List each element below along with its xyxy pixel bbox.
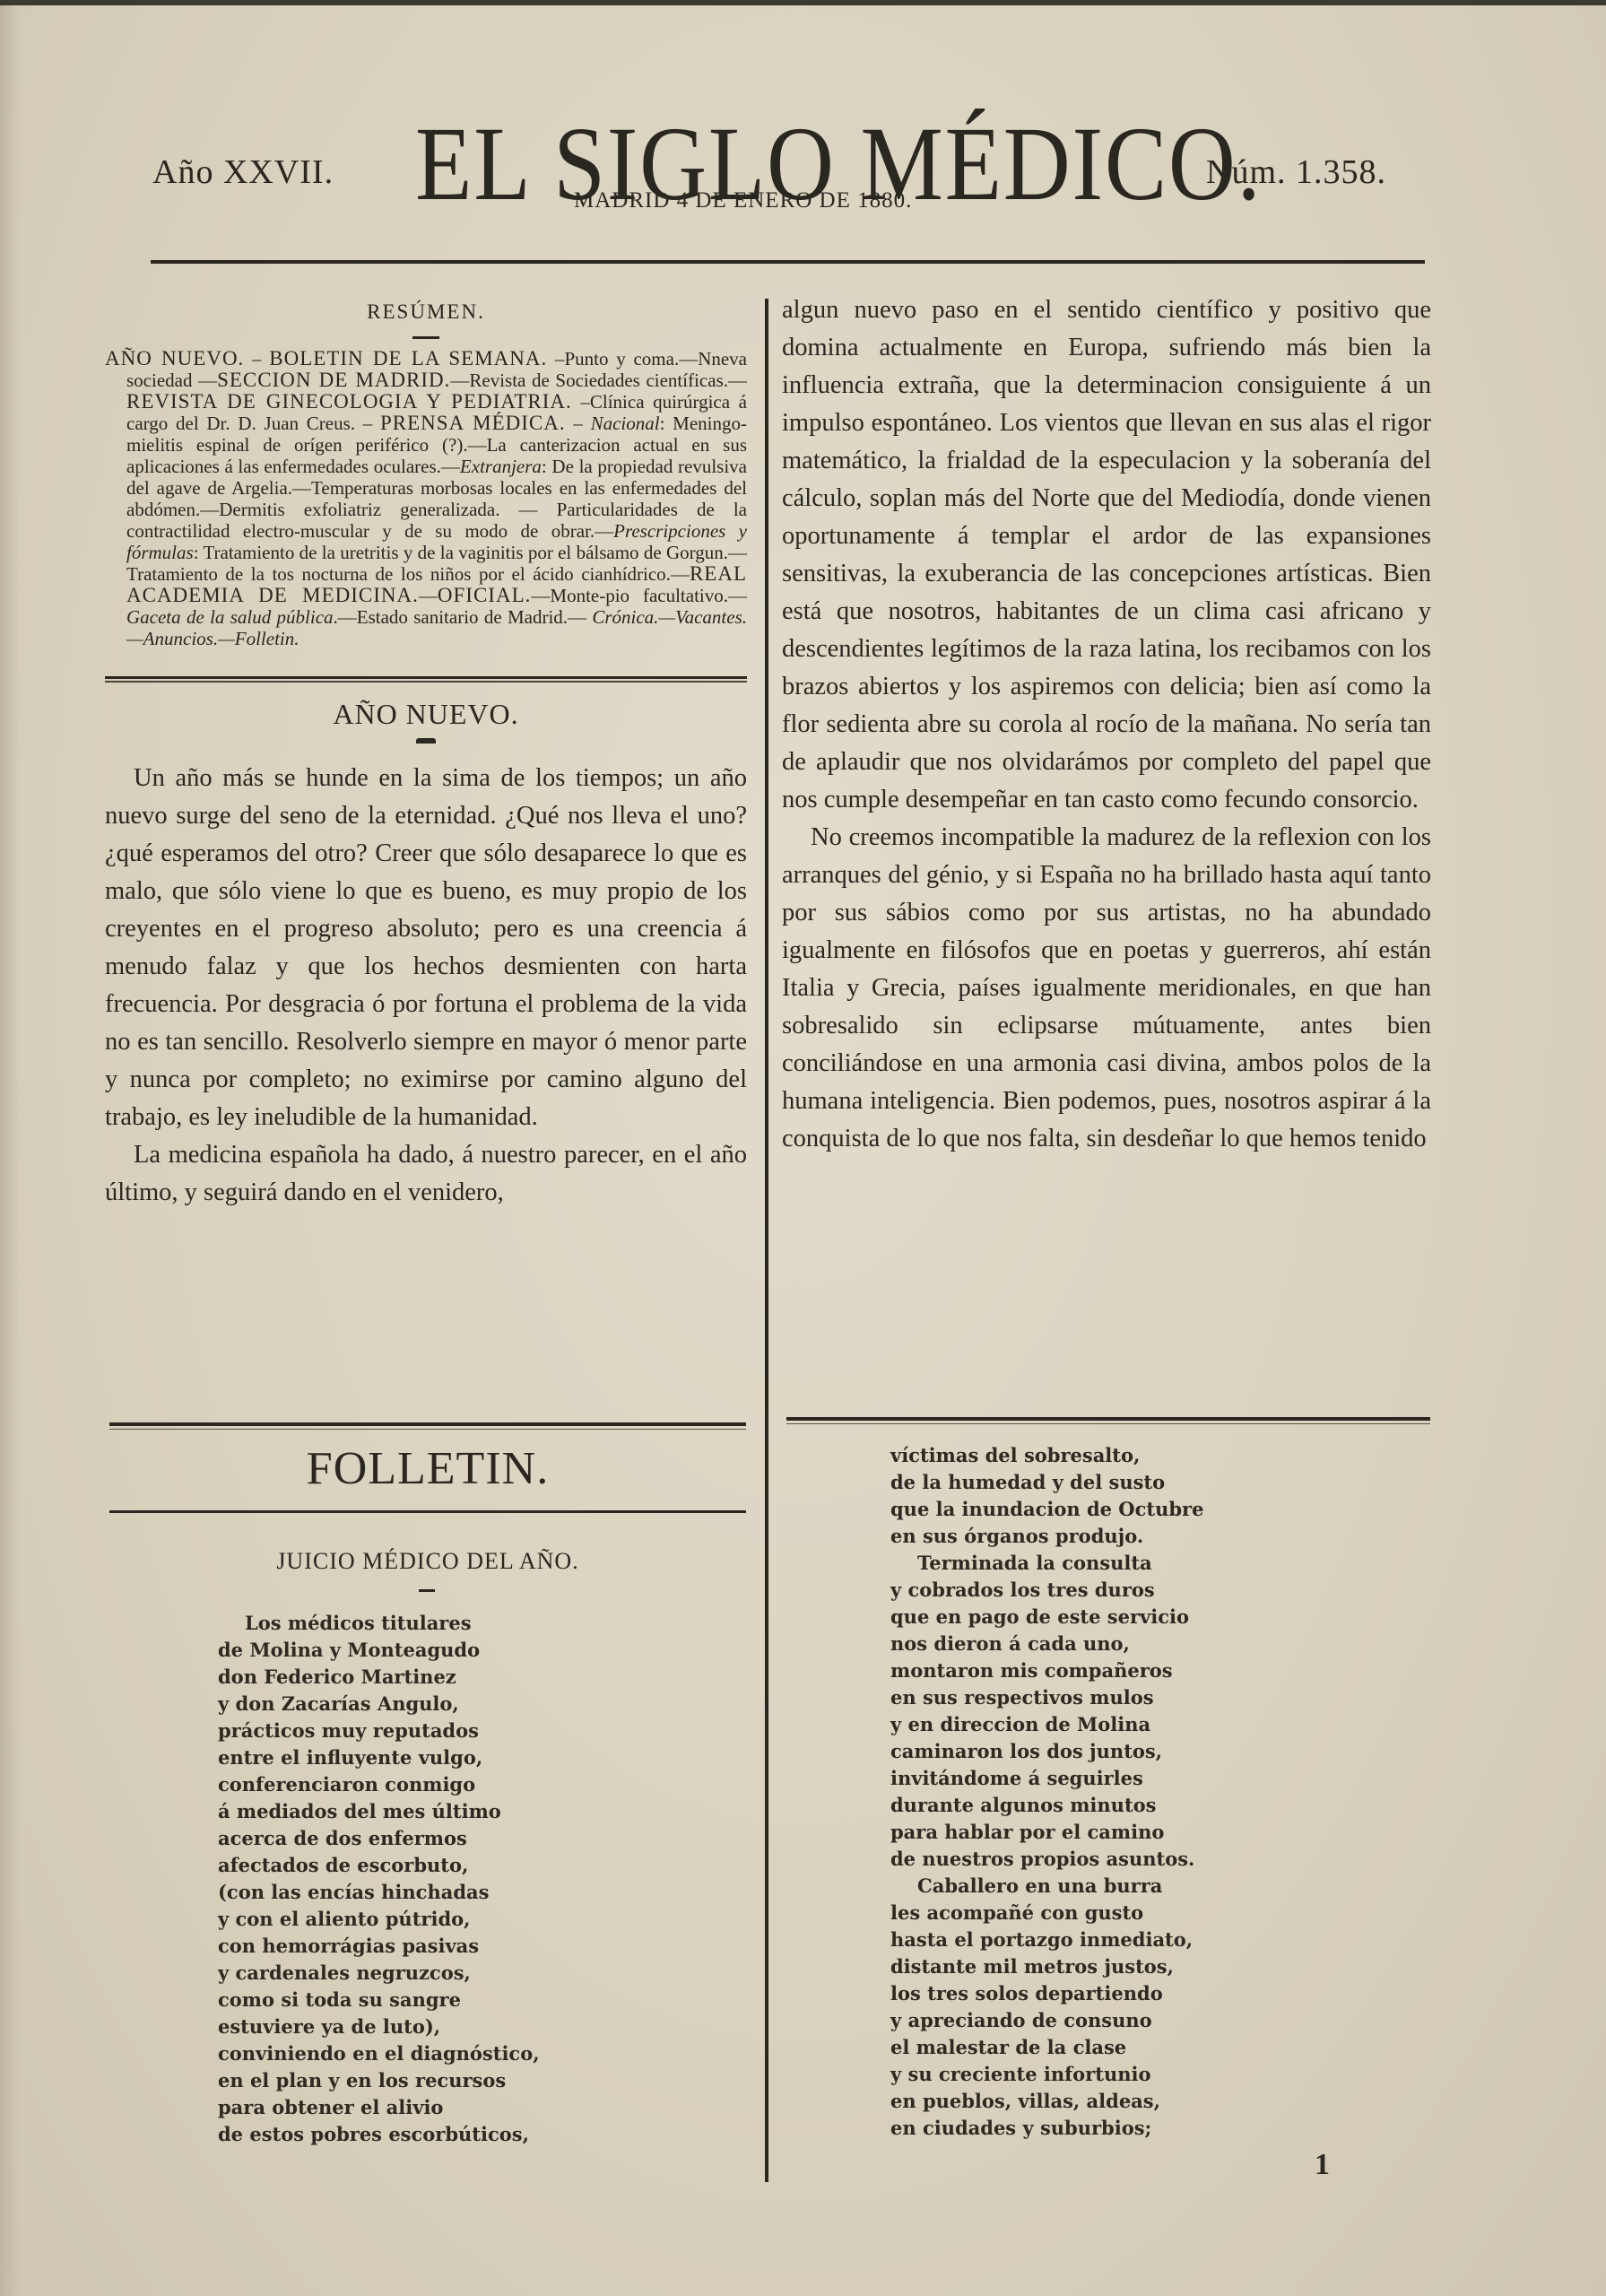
verse-line: en el plan y en los recursos	[218, 2067, 540, 2094]
verse-line: distante mil metros justos,	[890, 1953, 1203, 1980]
verse-line: don Federico Martinez	[218, 1664, 540, 1691]
verse-line: de la humedad y del susto	[890, 1469, 1203, 1496]
resumen-segment: .—Estado sanitario de Madrid.—	[334, 606, 593, 628]
resumen-segment: –	[566, 413, 591, 434]
article-paragraph: No creemos incompatible la madurez de la…	[782, 819, 1431, 1158]
verse-line: y cardenales negruzcos,	[218, 1960, 540, 1987]
folletin-rule-below	[109, 1510, 746, 1513]
verse-line: y su creciente infortunio	[890, 2061, 1203, 2088]
verse-line: entre el influyente vulgo,	[218, 1744, 540, 1771]
section-double-rule	[105, 676, 747, 683]
verse-line: Terminada la consulta	[890, 1550, 1203, 1577]
verse-line: invitándome á seguirles	[890, 1765, 1203, 1792]
verse-line: los tres solos departiendo	[890, 1980, 1203, 2007]
resumen-segment: PRENSA MÉDICA.	[380, 412, 566, 434]
article-paragraph: algun nuevo paso en el sentido científic…	[782, 291, 1431, 819]
verse-line: nos dieron á cada uno,	[890, 1631, 1203, 1657]
verse-line: víctimas del sobresalto,	[890, 1442, 1203, 1469]
verse-line: en sus respectivos mulos	[890, 1684, 1203, 1711]
resumen-segment: —Monte-pio facultativo.—	[531, 585, 747, 606]
resumen-segment: BOLETIN DE LA SEMANA.	[269, 347, 547, 370]
verse-line: para obtener el alivio	[218, 2094, 540, 2121]
resumen-segment: Gaceta de la salud pública	[126, 606, 334, 628]
folletin-heading: FOLLETIN.	[109, 1442, 746, 1495]
verse-line: y cobrados los tres duros	[890, 1577, 1203, 1604]
dateline: MADRID 4 DE ENERO DE 1880.	[574, 188, 912, 213]
newspaper-page: Año XXVII. EL SIGLO MÉDICO. Núm. 1.358. …	[0, 0, 1606, 2296]
verse-line: de estos pobres escorbúticos,	[218, 2121, 540, 2148]
verse-line: (con las encías hinchadas	[218, 1879, 540, 1906]
article-paragraph: La medicina española ha dado, á nuestro …	[105, 1136, 747, 1212]
ornament-icon	[416, 738, 436, 744]
masthead-year: Año XXVII.	[152, 152, 334, 192]
verse-line: que la inundacion de Octubre	[890, 1496, 1203, 1523]
resumen-heading: RESÚMEN.	[105, 300, 747, 324]
verse-line: de nuestros propios asuntos.	[890, 1846, 1203, 1873]
resumen-segment: SECCION DE MADRID.	[217, 369, 450, 391]
subtitle-dash	[419, 1589, 435, 1592]
folletin-rule	[109, 1422, 746, 1426]
verse-line: afectados de escorbuto,	[218, 1852, 540, 1879]
resumen-segment: Nacional	[591, 413, 660, 434]
resumen-summary: AÑO NUEVO. – BOLETIN DE LA SEMANA. –Punt…	[105, 348, 747, 649]
verse-line: en ciudades y suburbios;	[890, 2115, 1203, 2142]
masthead-rule	[151, 260, 1425, 264]
resumen-segment: REVISTA DE GINECOLOGIA Y PEDIATRIA.	[126, 390, 572, 413]
right-column: algun nuevo paso en el sentido científic…	[782, 291, 1431, 1158]
scan-top-edge	[0, 0, 1606, 5]
verse-line: en sus órganos produjo.	[890, 1523, 1203, 1550]
verse-line: á mediados del mes último	[218, 1798, 540, 1825]
heading-dash	[412, 336, 439, 339]
right-column-rule	[786, 1417, 1430, 1421]
verse-line: de Molina y Monteagudo	[218, 1637, 540, 1664]
verse-line: caminaron los dos juntos,	[890, 1738, 1203, 1765]
resumen-segment: Extranjera	[460, 456, 542, 477]
page-number: 1	[1315, 2148, 1330, 2182]
verse-line: prácticos muy reputados	[218, 1718, 540, 1744]
article-body-left: Un año más se hunde en la sima de los ti…	[105, 760, 747, 1212]
article-title: AÑO NUEVO.	[105, 698, 747, 731]
verse-line: que en pago de este servicio	[890, 1604, 1203, 1631]
folletin-rule-thin	[109, 1429, 746, 1430]
verse-line: acerca de dos enfermos	[218, 1825, 540, 1852]
column-divider	[765, 299, 768, 2182]
verse-line: estuviere ya de luto),	[218, 2013, 540, 2040]
article-paragraph: Un año más se hunde en la sima de los ti…	[105, 760, 747, 1136]
scan-left-shadow	[0, 5, 20, 2296]
resumen-segment: OFICIAL.	[438, 584, 531, 606]
folletin-verse-right: víctimas del sobresalto,de la humedad y …	[890, 1442, 1203, 2142]
verse-line: y apreciando de consuno	[890, 2007, 1203, 2034]
verse-line: Caballero en una burra	[890, 1873, 1203, 1900]
article-body-right: algun nuevo paso en el sentido científic…	[782, 291, 1431, 1158]
verse-line: Los médicos titulares	[218, 1610, 540, 1637]
verse-line: conviniendo en el diagnóstico,	[218, 2040, 540, 2067]
verse-line: hasta el portazgo inmediato,	[890, 1926, 1203, 1953]
folletin-verse-left: Los médicos titularesde Molina y Monteag…	[218, 1610, 540, 2148]
resumen-segment: —	[419, 585, 438, 606]
verse-line: y don Zacarías Angulo,	[218, 1691, 540, 1718]
resumen-segment: : Tratamiento de la uretritis y de la va…	[126, 542, 747, 585]
masthead-issue-number: Núm. 1.358.	[1206, 152, 1386, 192]
verse-line: conferenciaron conmigo	[218, 1771, 540, 1798]
verse-line: con hemorrágias pasivas	[218, 1933, 540, 1960]
verse-line: y en direccion de Molina	[890, 1711, 1203, 1738]
verse-line: en pueblos, villas, aldeas,	[890, 2088, 1203, 2115]
right-column-rule-thin	[786, 1423, 1430, 1424]
verse-line: durante algunos minutos	[890, 1792, 1203, 1819]
verse-line: montaron mis compañeros	[890, 1657, 1203, 1684]
verse-line: y con el aliento pútrido,	[218, 1906, 540, 1933]
resumen-segment: AÑO NUEVO.	[105, 347, 244, 370]
verse-line: el malestar de la clase	[890, 2034, 1203, 2061]
resumen-segment: –	[244, 348, 269, 370]
verse-line: para hablar por el camino	[890, 1819, 1203, 1846]
resumen-segment: —Revista de Sociedades científicas.—	[450, 370, 747, 391]
folletin-subtitle: JUICIO MÉDICO DEL AÑO.	[109, 1548, 746, 1575]
verse-line: como si toda su sangre	[218, 1987, 540, 2013]
verse-line: les acompañé con gusto	[890, 1900, 1203, 1926]
left-column: RESÚMEN. AÑO NUEVO. – BOLETIN DE LA SEMA…	[105, 291, 747, 1212]
